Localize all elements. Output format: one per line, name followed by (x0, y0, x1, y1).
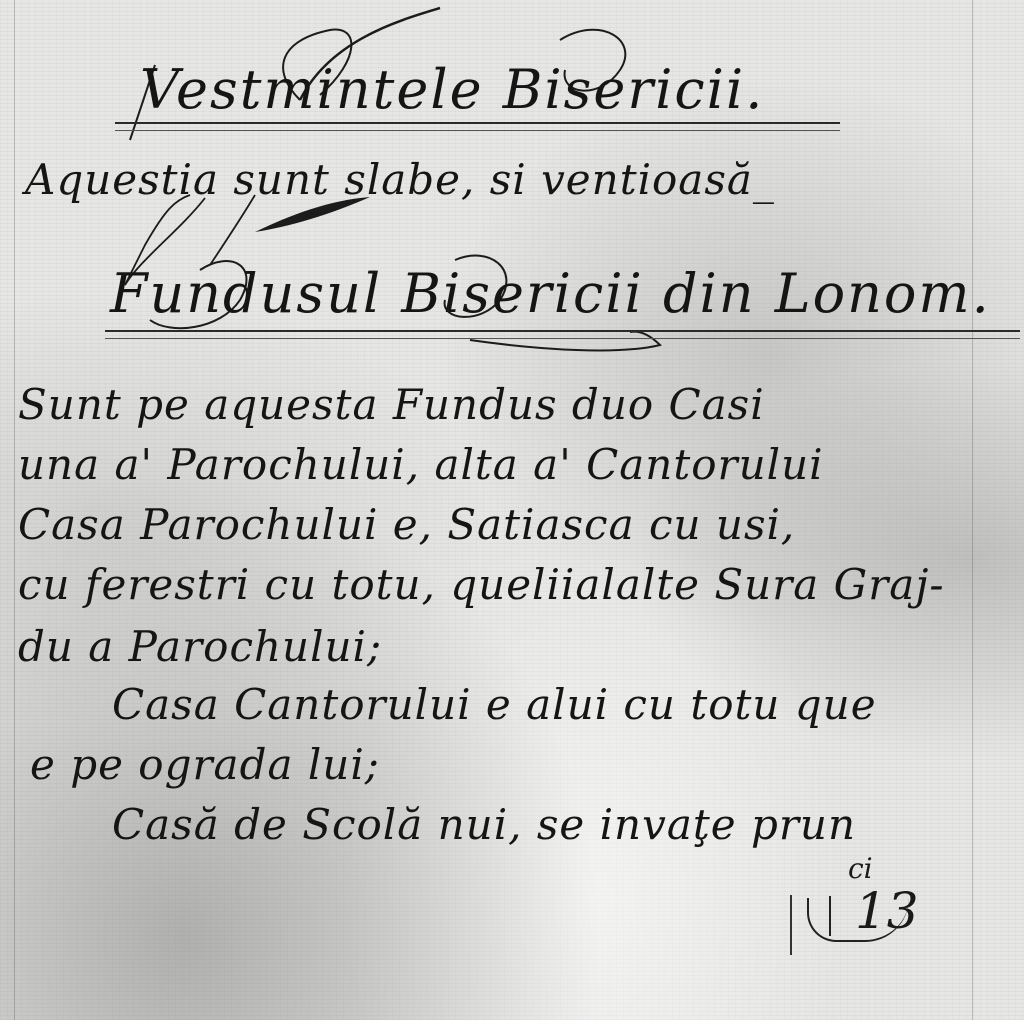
heading-underline (105, 338, 1020, 339)
page-number-text: 13 (855, 882, 919, 940)
heading-underline (115, 130, 840, 131)
heading-underline (105, 330, 1020, 332)
paper-fold-line (14, 0, 15, 1020)
manuscript-line: una a' Parochului, alta a' Cantorului (18, 440, 824, 489)
manuscript-line: Aquestia sunt slabe, si ventioasă_ (25, 155, 775, 204)
section-heading: Fundusul Bisericii din Lonom. (110, 262, 991, 325)
section-heading: Vestmintele Bisericii. (140, 58, 764, 121)
manuscript-line: Casa Cantorului e alui cu totu que (112, 680, 877, 729)
manuscript-line: cu ferestri cu totu, queliialalte Sura G… (18, 560, 945, 609)
heading-underline (115, 122, 840, 124)
manuscript-page: Vestmintele Bisericii. Aquestia sunt sla… (0, 0, 1024, 1020)
manuscript-line: Casa Parochului e, Satiasca cu usi, (18, 500, 795, 549)
manuscript-line: e pe ograda lui; (30, 740, 380, 789)
manuscript-line: Casă de Scolă nui, se invaţe prun (112, 800, 856, 849)
margin-mark (790, 895, 792, 955)
paper-fold-line (972, 0, 973, 1020)
manuscript-line: Sunt pe aquesta Fundus duo Casi (18, 380, 765, 429)
page-number: 13 (805, 880, 915, 950)
page-number-tick (829, 896, 831, 936)
manuscript-line: du a Parochului; (18, 622, 382, 671)
